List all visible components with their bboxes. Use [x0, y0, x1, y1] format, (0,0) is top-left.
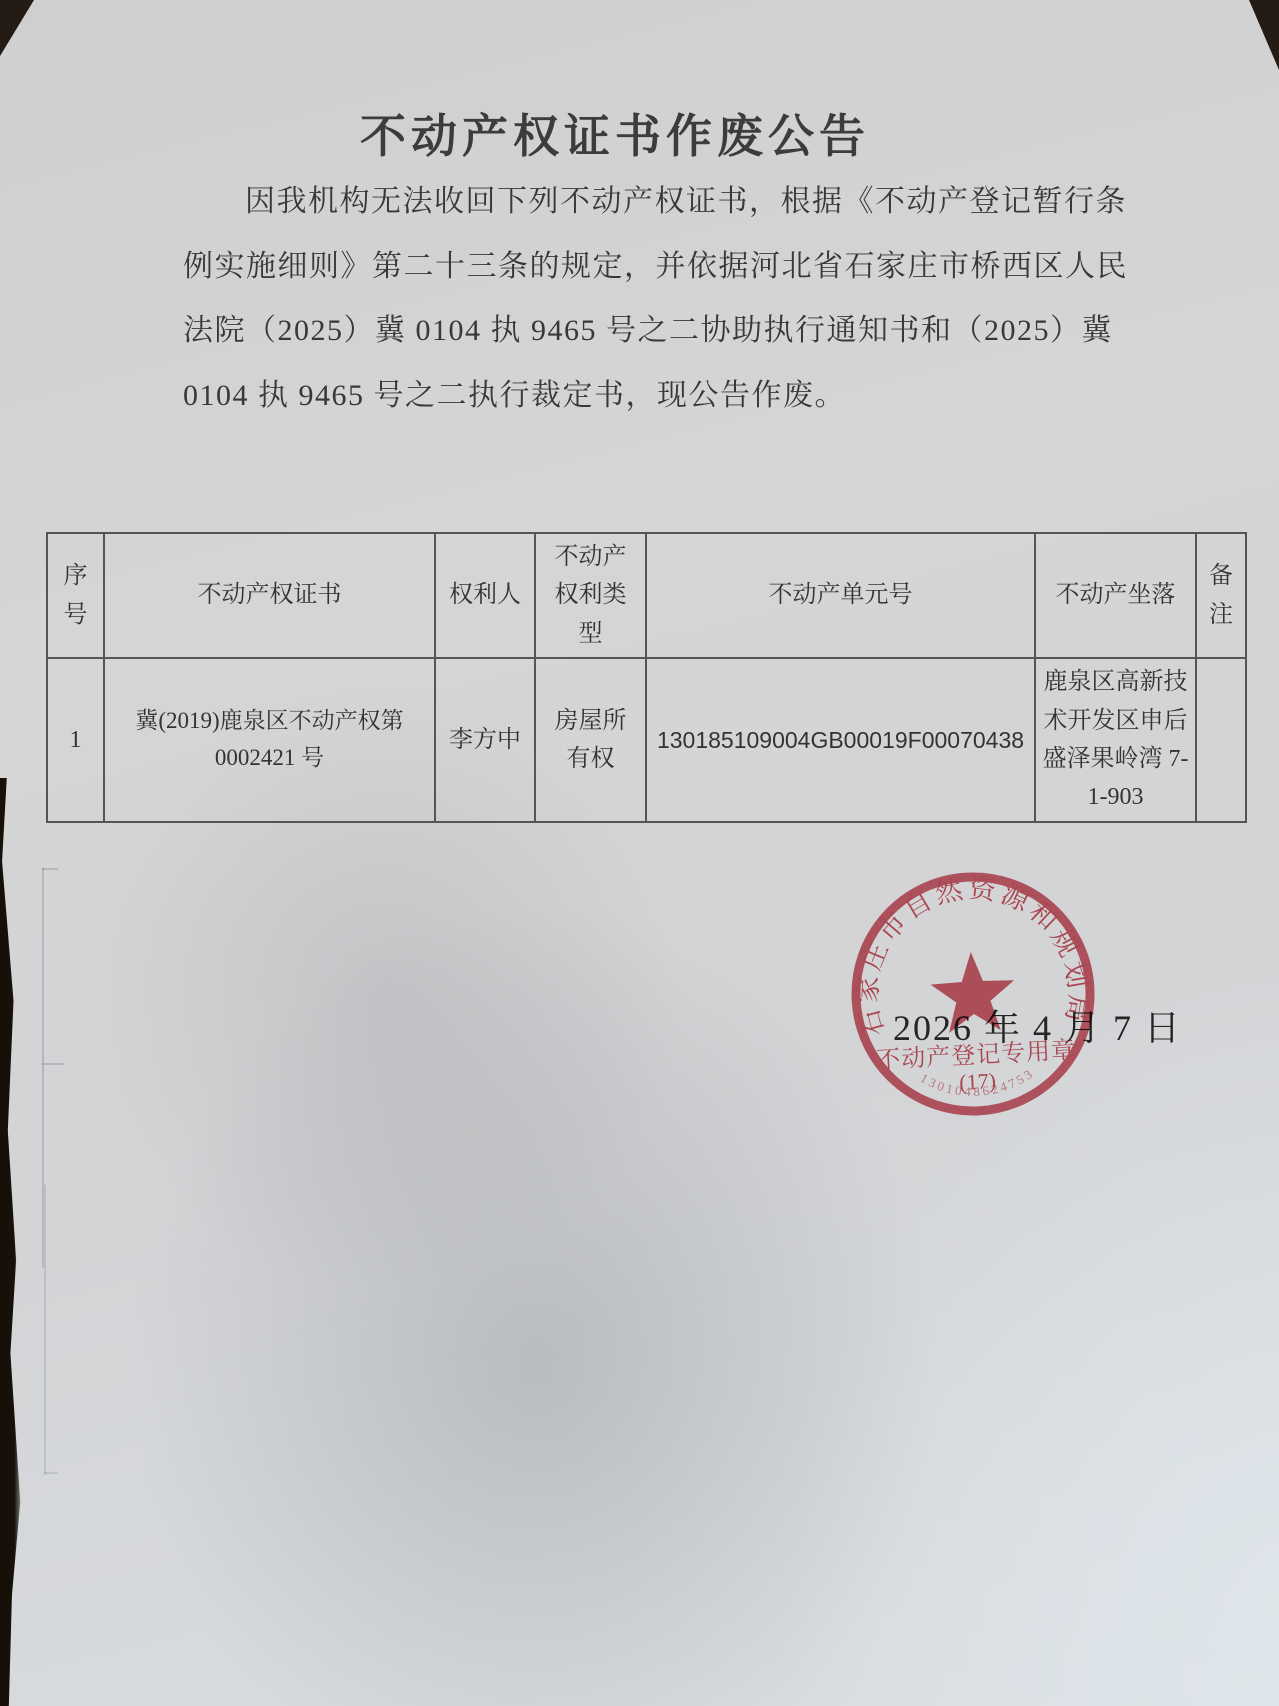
header-holder: 权利人	[435, 533, 535, 658]
header-unit-number: 不动产单元号	[646, 533, 1035, 658]
paragraph-line: 例实施细则》第二十三条的规定，并依据河北省石家庄市桥西区人民	[183, 241, 1113, 306]
cell-remark	[1196, 658, 1246, 822]
paragraph-line: 0104 执 9465 号之二执行裁定书，现公告作废。	[183, 370, 1113, 435]
header-index: 序号	[47, 533, 104, 658]
header-remark: 备注	[1196, 533, 1246, 658]
seal-star-icon	[929, 950, 1017, 1034]
notice-paragraph: 因我机构无法收回下列不动产权证书，根据《不动产登记暂行条 例实施细则》第二十三条…	[183, 176, 1113, 434]
bleed-through-mark	[42, 868, 58, 870]
photographed-document: 不动产权证书作废公告 因我机构无法收回下列不动产权证书，根据《不动产登记暂行条 …	[0, 0, 1279, 1706]
cell-right-type: 房屋所有权	[535, 658, 646, 822]
header-certificate: 不动产权证书	[104, 533, 435, 658]
official-seal: 石家庄市自然资源和规划局 不动产登记专用章 (17) 1301048624753	[836, 857, 1109, 1130]
paragraph-line: 法院（2025）冀 0104 执 9465 号之二协助执行通知书和（2025）冀	[183, 305, 1113, 370]
table-header-row: 序号 不动产权证书 权利人 不动产权利类型 不动产单元号 不动产坐落 备注	[47, 533, 1246, 658]
bleed-through-mark	[44, 1185, 46, 1475]
document-title: 不动产权证书作废公告	[0, 100, 1230, 166]
bleed-through-mark	[44, 1472, 58, 1474]
header-location: 不动产坐落	[1035, 533, 1196, 658]
table-row: 1 冀(2019)鹿泉区不动产权第 0002421 号 李方中 房屋所有权 13…	[47, 658, 1246, 822]
cell-certificate: 冀(2019)鹿泉区不动产权第 0002421 号	[104, 658, 435, 822]
cell-holder: 李方中	[435, 658, 535, 822]
certificates-table: 序号 不动产权证书 权利人 不动产权利类型 不动产单元号 不动产坐落 备注 1 …	[46, 532, 1247, 823]
header-right-type: 不动产权利类型	[535, 533, 646, 658]
cell-index: 1	[47, 658, 104, 822]
bleed-through-mark	[42, 1063, 64, 1065]
cell-location: 鹿泉区高新技术开发区申后盛泽果岭湾 7-1-903	[1035, 658, 1196, 822]
paragraph-line: 因我机构无法收回下列不动产权证书，根据《不动产登记暂行条	[183, 176, 1113, 241]
cell-unit-number: 130185109004GB00019F00070438	[646, 658, 1035, 822]
